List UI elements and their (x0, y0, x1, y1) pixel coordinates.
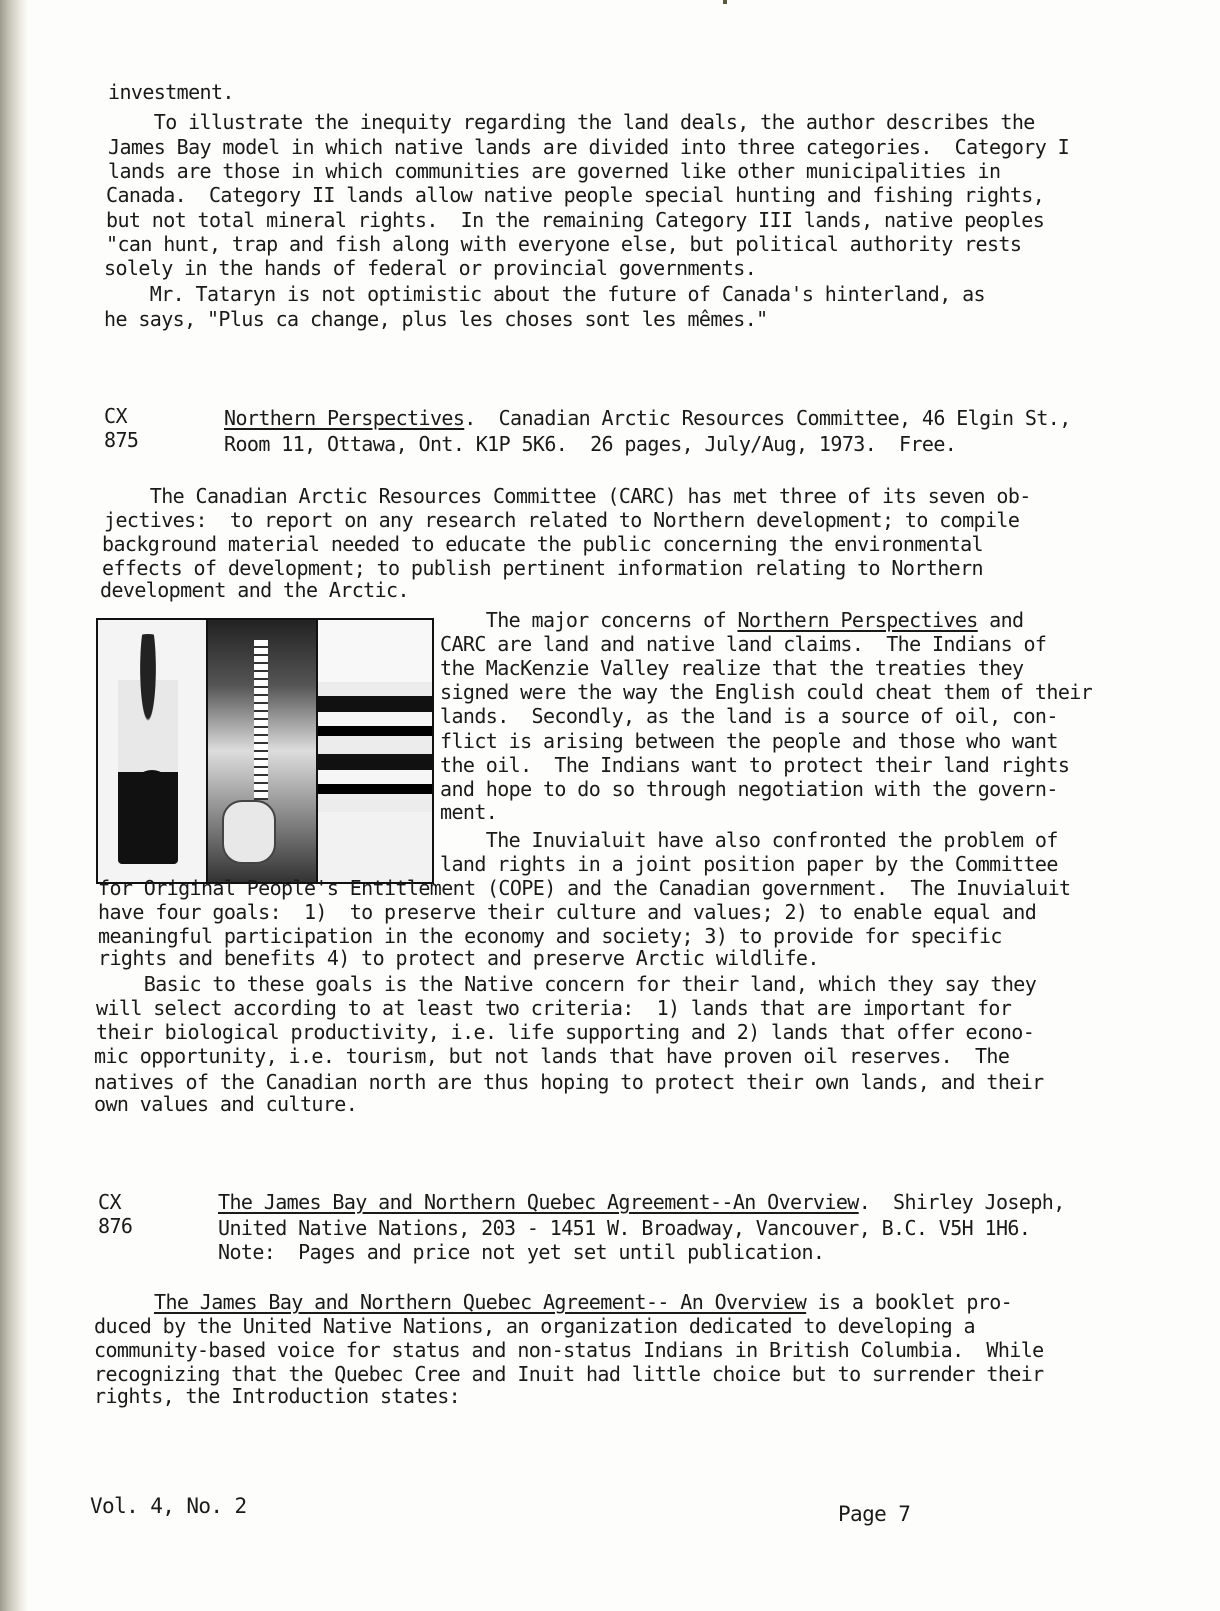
text-line: mic opportunity, i.e. tourism, but not l… (94, 1044, 1009, 1068)
text-line: and hope to do so through negotiation wi… (440, 777, 1058, 801)
text-line: Canada. Category II lands allow native p… (106, 183, 1044, 207)
entry-citation: Northern Perspectives. Canadian Arctic R… (224, 406, 1071, 430)
text-line: own values and culture. (94, 1092, 357, 1116)
text-line: The major concerns of Northern Perspecti… (440, 608, 1024, 632)
photo-collage (96, 618, 434, 884)
text-line: ment. (440, 800, 497, 824)
text-line: rights, the Introduction states: (94, 1384, 460, 1408)
text-line: CARC are land and native land claims. Th… (440, 632, 1046, 656)
entry-note: Note: Pages and price not yet set until … (218, 1240, 824, 1264)
text-line: To illustrate the inequity regarding the… (108, 110, 1035, 134)
scan-mark (723, 0, 727, 4)
text-line: land rights in a joint position paper by… (440, 852, 1058, 876)
text-line: solely in the hands of federal or provin… (104, 256, 756, 280)
entry-title: Northern Perspectives (224, 406, 464, 430)
inline-title: The James Bay and Northern Quebec Agreem… (154, 1290, 806, 1314)
text-line: have four goals: 1) to preserve their cu… (98, 900, 1036, 924)
photo-panel-drilling-rig (208, 620, 318, 882)
page-binding-shadow (0, 0, 28, 1611)
text-line: the MacKenzie Valley realize that the tr… (440, 656, 1024, 680)
text-line: duced by the United Native Nations, an o… (94, 1314, 975, 1338)
text-line: will select according to at least two cr… (96, 996, 1011, 1020)
text-line: he says, "Plus ca change, plus les chose… (104, 307, 768, 331)
text-line: development and the Arctic. (100, 578, 409, 602)
entry-citation: The James Bay and Northern Quebec Agreem… (218, 1190, 1065, 1214)
text-line: Mr. Tataryn is not optimistic about the … (104, 282, 985, 306)
page-number: Page 7 (838, 1502, 910, 1526)
text-line: The James Bay and Northern Quebec Agreem… (154, 1290, 1012, 1314)
text-line: their biological productivity, i.e. life… (96, 1020, 1034, 1044)
text-line: community-based voice for status and non… (94, 1338, 1044, 1362)
entry-citation-line: United Native Nations, 203 - 1451 W. Bro… (218, 1216, 1030, 1240)
text-line: flict is arising between the people and … (440, 729, 1058, 753)
entry-code: CX (98, 1190, 121, 1214)
text-line: jectives: to report on any research rela… (104, 508, 1019, 532)
text-line: The Inuvialuit have also confronted the … (440, 828, 1058, 852)
entry-citation-line: Room 11, Ottawa, Ont. K1P 5K6. 26 pages,… (224, 432, 956, 456)
text-line: "can hunt, trap and fish along with ever… (106, 232, 1021, 256)
text-line: James Bay model in which native lands ar… (108, 135, 1069, 159)
text-line: natives of the Canadian north are thus h… (94, 1070, 1044, 1094)
text-line: investment. (108, 80, 234, 104)
text-line: meaningful participation in the economy … (98, 924, 1002, 948)
text-line: signed were the way the English could ch… (440, 680, 1092, 704)
text-line: lands are those in which communities are… (108, 159, 1000, 183)
text-line: background material needed to educate th… (102, 532, 983, 556)
text-line: The Canadian Arctic Resources Committee … (104, 484, 1031, 508)
text-line: recognizing that the Quebec Cree and Inu… (94, 1362, 1044, 1386)
text-line: rights and benefits 4) to protect and pr… (98, 946, 819, 970)
entry-title: The James Bay and Northern Quebec Agreem… (218, 1190, 859, 1214)
photo-panel-inuit-family (98, 620, 208, 882)
text-line: lands. Secondly, as the land is a source… (440, 704, 1058, 728)
inline-title: Northern Perspectives (737, 608, 977, 632)
citation-text: . Canadian Arctic Resources Committee, 4… (464, 406, 1070, 430)
photo-panel-arctic-landscape (318, 620, 432, 882)
entry-code: CX (104, 404, 127, 428)
text-line: Basic to these goals is the Native conce… (98, 972, 1036, 996)
volume-label: Vol. 4, No. 2 (90, 1494, 247, 1518)
entry-number: 875 (104, 428, 138, 452)
text-line: for Original People's Entitlement (COPE)… (98, 876, 1071, 900)
text-line: but not total mineral rights. In the rem… (106, 208, 1044, 232)
entry-number: 876 (98, 1214, 132, 1238)
text-line: effects of development; to publish perti… (102, 556, 983, 580)
text-line: the oil. The Indians want to protect the… (440, 753, 1069, 777)
citation-text: . Shirley Joseph, (859, 1190, 1065, 1214)
